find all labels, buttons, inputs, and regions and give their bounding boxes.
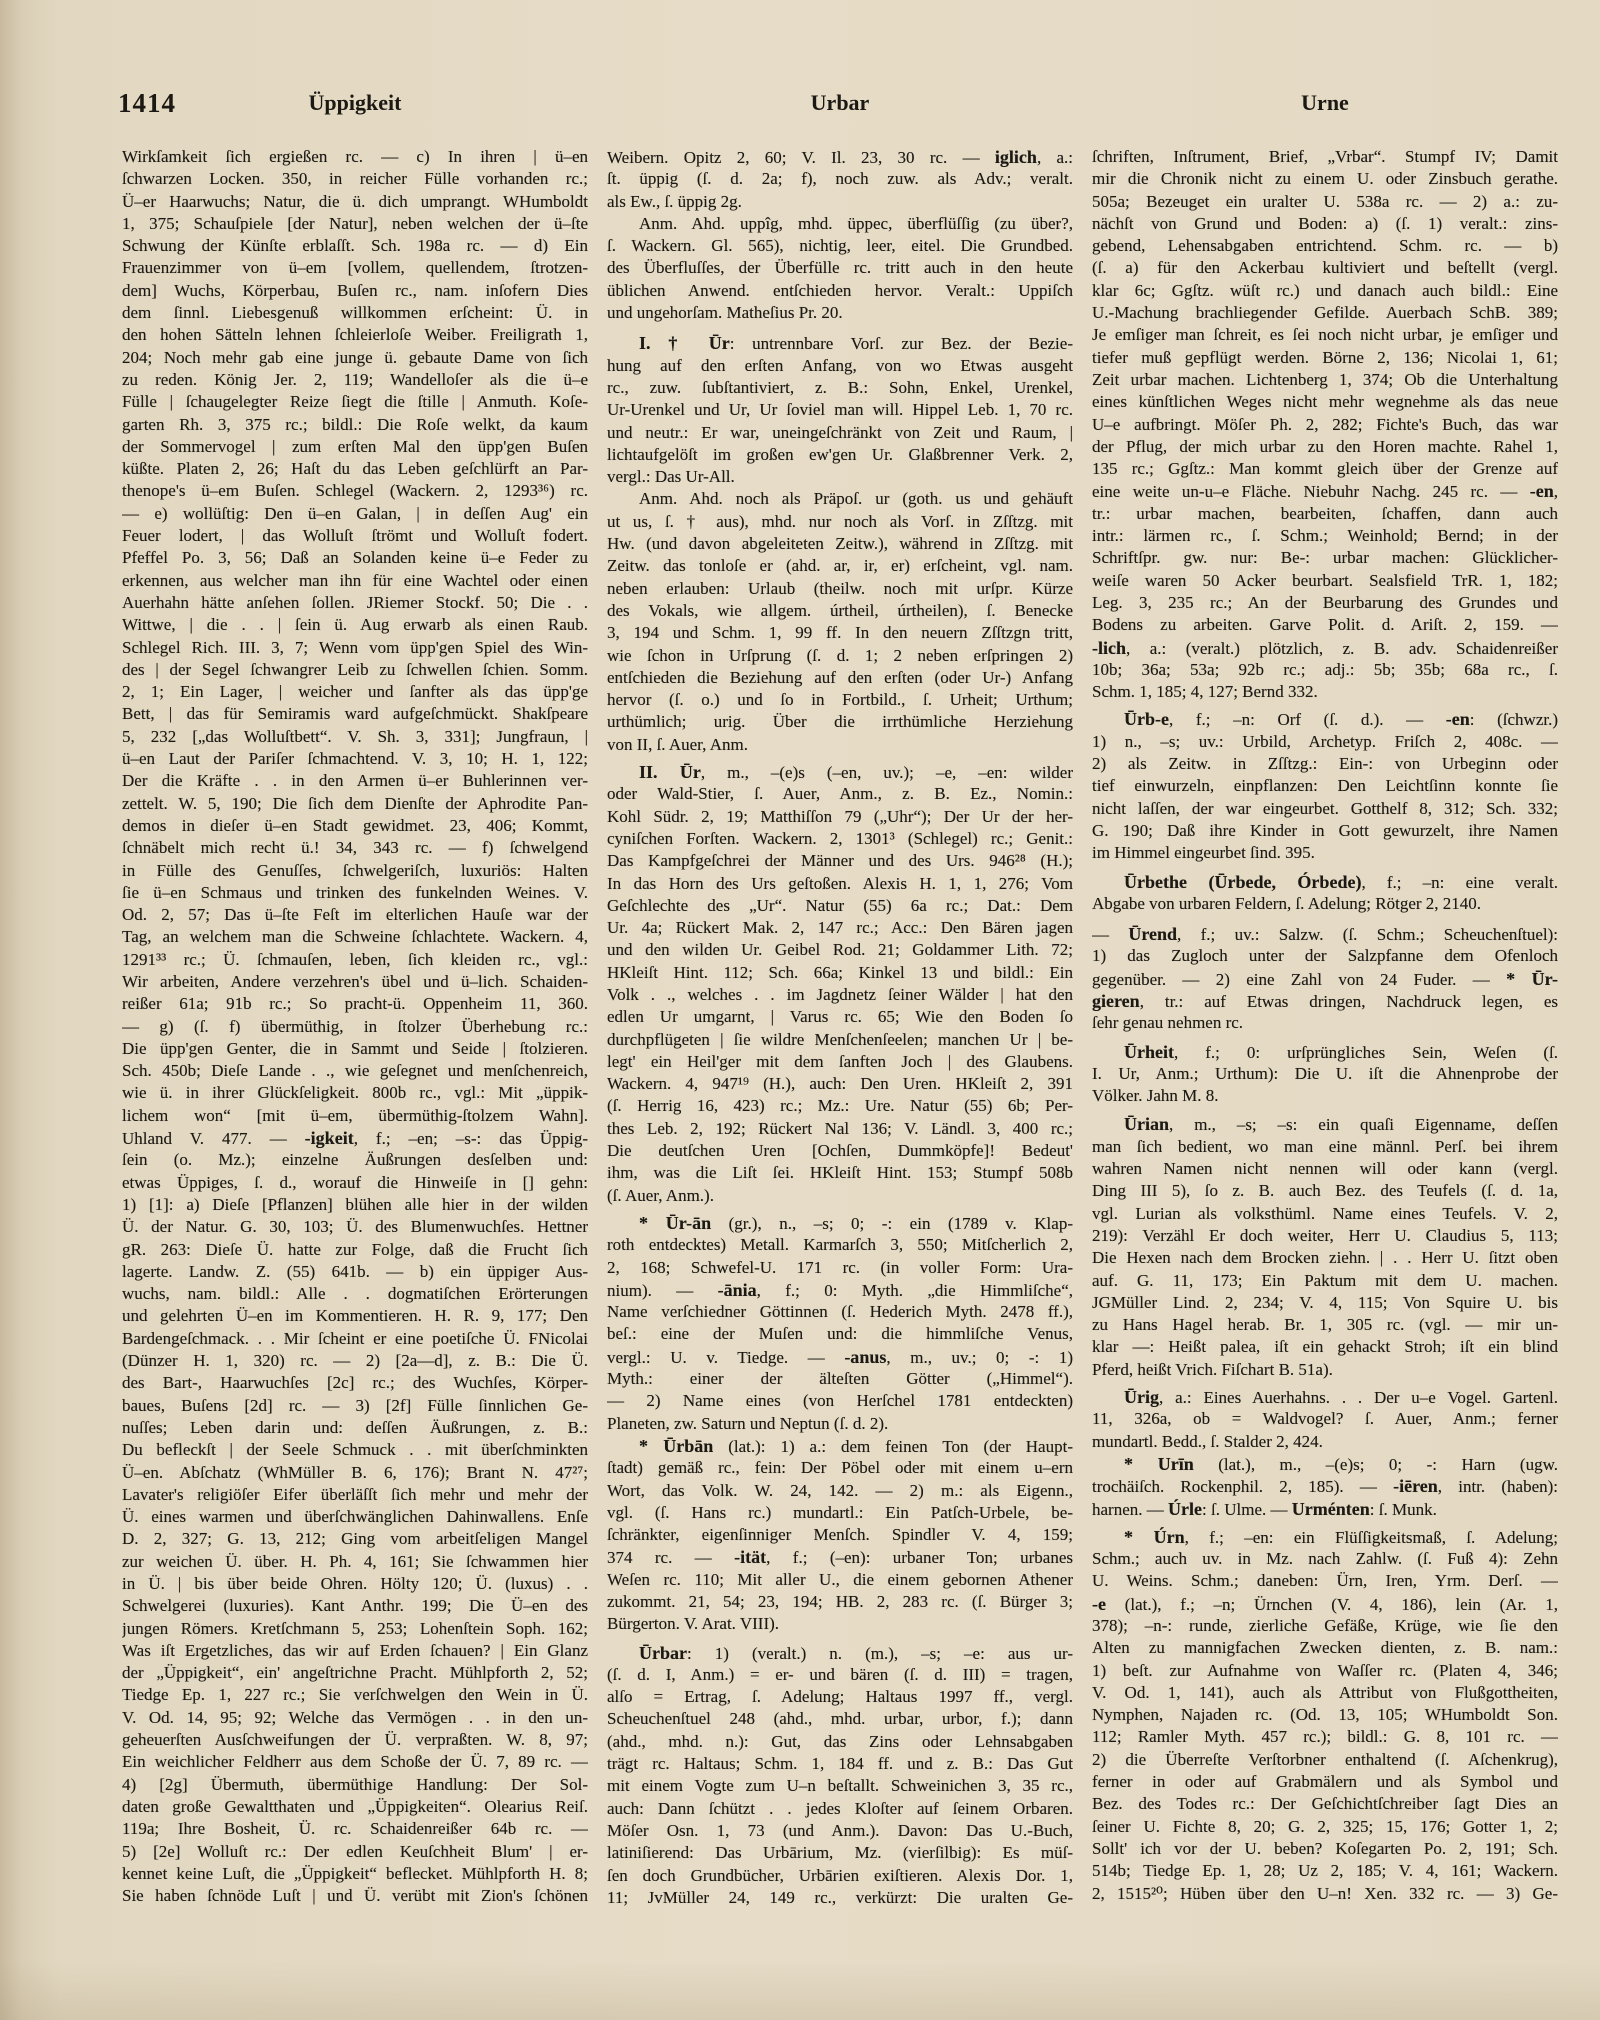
line-text: Zeitw. das tonloſe er (ahd. ar, ir, er) … [607, 556, 1073, 575]
line-text: Zeit urbar machen. Lichtenberg 1, 374; O… [1092, 370, 1558, 389]
line-text: Schwelgerei (luxuries). Kant Anthr. 199;… [122, 1596, 588, 1615]
line-text: 5, 232 [„das Wolluſtbett“. V. Sh. 3, 331… [122, 727, 588, 746]
line-text: entſchieden die Beziehung auf den erſten… [607, 668, 1073, 687]
line-text: 4) [2g] Übermuth, übermüthige Handlung: … [122, 1775, 588, 1794]
text-line: des Überfluſſes, der Überfülle rc. tritt… [607, 257, 1073, 279]
line-text: Was iſt Ergetzliches, das wir auf Erden … [122, 1641, 588, 1660]
line-text: , f.; –en: ein Flüſſigkeitsmaß, ſ. Adelu… [1185, 1528, 1558, 1547]
text-line: baues, Buſens [2d] rc. — 3) [2f] Fülle ſ… [122, 1395, 588, 1417]
line-text: Ü. eines warmen und überſchwänglichen Da… [122, 1507, 588, 1526]
text-line: in Ü. | bis über beide Ohren. Hölty 120;… [122, 1573, 588, 1595]
line-text: 2, 1515²⁰; Hüben über den U–n! Xen. 332 … [1092, 1884, 1558, 1903]
text-column-2: Weibern. Opitz 2, 60; V. Il. 23, 30 rc. … [607, 146, 1073, 1909]
text-line: der Pflug, der mich urbar zu den Horen m… [1092, 436, 1558, 458]
text-line: vergl.: U. v. Tiedge. — -anus, m., uv.; … [607, 1346, 1073, 1368]
line-text: 10b; 36a; 53a; 92b rc.; adj.: 5b; 35b; 6… [1092, 660, 1558, 679]
text-line: zettelt. W. 5, 190; Die ſich dem Dienſte… [122, 793, 588, 815]
line-text: Bez. des Todes rc.: Der Geſchichtſchreib… [1092, 1794, 1558, 1813]
line-text: eine weite un-u–e Fläche. Niebuhr Nachg.… [1092, 482, 1530, 501]
line-text: ſehr genau nehmen rc. [1092, 1013, 1243, 1032]
text-line: Der die Kräfte . . in den Armen ü–er Buh… [122, 770, 588, 792]
text-line: roth entdecktes) Metall. Karmarſch 3, 55… [607, 1234, 1073, 1256]
line-text: den hohen Sätteln lehnen ſchleierloſe We… [122, 325, 588, 344]
text-line: mir die Chronik nicht zu einem U. oder Z… [1092, 168, 1558, 190]
line-text: trägt rc. Haltaus; Schm. 1, 184 ff. und … [607, 1754, 1073, 1773]
text-line: 1, 375; Schauſpiele [der Natur], neben w… [122, 213, 588, 235]
headword: -e [1092, 1594, 1106, 1614]
line-text: , f.; 0: urſprüngliches Sein, Weſen (ſ. [1174, 1043, 1558, 1062]
text-line: lichem won“ [mit ü–em, übermüthig-ſtolze… [122, 1105, 588, 1127]
line-text: hervor (ſ. o.) und ſo in Fortbild., ſ. U… [607, 690, 1073, 709]
line-text: Das Kampfgeſchrei der Männer und des Urs… [607, 851, 1073, 870]
text-line: gebend, Lehensabgaben entrichtend. Schm.… [1092, 235, 1558, 257]
line-text: 3, 194 und Schm. 1, 99 ff. In den neuern… [607, 623, 1073, 642]
line-text: , f.; –en; –s-: das Üppig- [354, 1129, 588, 1148]
paragraph-gap [1092, 915, 1558, 923]
line-text: lichem won“ [mit ü–em, übermüthig-ſtolze… [122, 1106, 588, 1125]
text-line: erkennen, aus welcher man ihn für eine W… [122, 570, 588, 592]
line-text: in Ü. | bis über beide Ohren. Hölty 120;… [122, 1574, 588, 1593]
line-text: Pfeffel Po. 3, 56; Daß an Solanden keine… [122, 548, 588, 567]
text-line: 1) n., –s; uv.: Urbild, Archetyp. Friſch… [1092, 731, 1558, 753]
headword: * Úrn [1124, 1527, 1185, 1547]
line-text: dem ſinnl. Liebesgenuß willkommen erſche… [122, 303, 588, 322]
text-line: und gelehrten Ü–en im Kommentieren. H. R… [122, 1305, 588, 1327]
line-text: 135 rc.; Ggſtz.: Man kommt gleich über d… [1092, 459, 1558, 478]
text-line: 2, 1515²⁰; Hüben über den U–n! Xen. 332 … [1092, 1883, 1558, 1905]
line-text: 112; Ramler Myth. 457 rc.); bildl.: G. 8… [1092, 1727, 1558, 1746]
text-line: trägt rc. Haltaus; Schm. 1, 184 ff. und … [607, 1753, 1073, 1775]
line-text: tief einwurzeln, einpflanzen: Den Leicht… [1092, 776, 1558, 795]
line-text: Bürgerton. V. Arat. VIII). [607, 1614, 779, 1633]
line-text: 1) n., –s; uv.: Urbild, Archetyp. Friſch… [1092, 732, 1558, 751]
line-text: Sch. 450b; Dieſe Lande . ., wie geſegnet… [122, 1061, 588, 1080]
line-text: V. Od. 1, 141), auch als Attribut von Fl… [1092, 1683, 1558, 1702]
text-line: Die üpp'gen Genter, die in Sammt und Sei… [122, 1038, 588, 1060]
line-text: Anm. Ahd. uppîg, mhd. üppec, überflüſſig… [639, 214, 1073, 233]
headword: Ūrend [1128, 924, 1177, 944]
headword: Ūrian [1124, 1114, 1169, 1134]
line-text: nicht laſſen, der war eingeurbet. Gotthe… [1092, 799, 1558, 818]
line-text: lichtaufgelöſt im großen ew'gen Ur. Glaß… [607, 445, 1073, 464]
line-text: , f.; 0: Myth. „die Himmliſche“, [757, 1281, 1073, 1300]
running-head-right: Urne [1092, 89, 1558, 117]
text-line: kennet keine Luſt, die „Üppigkeit“ befle… [122, 1863, 588, 1885]
line-text: ſtadt) gemäß rc., fein: Der Pöbel oder m… [607, 1458, 1073, 1477]
text-line: tief einwurzeln, einpflanzen: Den Leicht… [1092, 775, 1558, 797]
text-line: 2, 1; Ein Lager, | weicher und ſanfter a… [122, 681, 588, 703]
line-text: klar —: Heißt palea, iſt ein gehackt Str… [1092, 1337, 1558, 1356]
line-text: nuſſes; Leben darin und: deſſen Äußrunge… [122, 1418, 588, 1437]
text-line: II. Ūr, m., –(e)s (–en, uv.); –e, –en: w… [607, 761, 1073, 783]
line-text: Ur. 4a; Rückert Mak. 2, 147 rc.; Acc.: D… [607, 918, 1073, 937]
line-text: 1, 375; Schauſpiele [der Natur], neben w… [122, 214, 588, 233]
text-line: Leg. 3, 235 rc.; An der Beurbarung des G… [1092, 592, 1558, 614]
line-text: U.-Machung brachliegender Gefilde. Auerb… [1092, 303, 1558, 322]
text-line: zukommt. 21, 54; 23, 194; HB. 2, 283 rc.… [607, 1591, 1073, 1613]
text-line: ihm, was die Liſt ſei. HKleiſt Hint. 153… [607, 1162, 1073, 1184]
line-text: 1) das Zugloch unter der Salzpfanne dem … [1092, 946, 1558, 965]
line-text: kennet keine Luſt, die „Üppigkeit“ befle… [122, 1864, 588, 1883]
text-line: reißer 61a; 91b rc.; So pracht-ü. Oppenh… [122, 993, 588, 1015]
line-text: Uhland V. 477. — [122, 1129, 305, 1148]
text-line: küßte. Platen 2, 26; Haſt du das Leben g… [122, 458, 588, 480]
text-line: Feuer lodert, | das Wolluſt ſtrömt und W… [122, 525, 588, 547]
line-text: des Überfluſſes, der Überfülle rc. tritt… [607, 258, 1073, 277]
text-line: 10b; 36a; 53a; 92b rc.; adj.: 5b; 35b; 6… [1092, 659, 1558, 681]
text-line: (ahd., mhd. n.): Gut, das Zins oder Lehn… [607, 1731, 1073, 1753]
text-line: ſt. üppig (ſ. d. 2a; f), noch zuw. als A… [607, 168, 1073, 190]
line-text: wuchs, nam. bildl.: Alle . . dogmatiſche… [122, 1284, 588, 1303]
line-text: 219): Verzähl Er doch weiter, Herr U. Cl… [1092, 1226, 1558, 1245]
line-text: (gr.), n., –s; 0; -: ein (1789 v. Klap- [711, 1214, 1073, 1233]
text-line: Ü–er Haarwuchs; Natur, die ü. dich umpra… [122, 191, 588, 213]
line-text: 1291³³ rc.; Ü. ſchmauſen, leben, ſich kl… [122, 950, 588, 969]
text-line: vgl. Lurian als volksthüml. Name eines T… [1092, 1203, 1558, 1225]
line-text: Die Hexen nach dem Brocken ziehn. | . . … [1092, 1248, 1558, 1267]
line-text: Wir arbeiten, Andere verzehren's übel un… [122, 972, 588, 991]
text-line: Ü. eines warmen und überſchwänglichen Da… [122, 1506, 588, 1528]
headword: * Ūr- [1506, 969, 1558, 989]
headword: * Ūrbān [639, 1436, 713, 1456]
text-line: HKleiſt Hint. 112; Sch. 66a; Kinkel 13 u… [607, 962, 1073, 984]
line-text: , f.; –n: Orf (ſ. d.). — [1169, 710, 1446, 729]
line-text: und gelehrten Ü–en im Kommentieren. H. R… [122, 1306, 588, 1325]
line-text: (lat.): 1) a.: dem feinen Ton (der Haupt… [713, 1437, 1073, 1456]
text-line: gR. 263: Dieſe Ü. hatte zur Folge, daß d… [122, 1239, 588, 1261]
line-text: , a.: (veralt.) plötzlich, z. B. adv. Sc… [1126, 639, 1558, 658]
line-text: D. 2, 327; G. 13, 212; Ging vom arbeitſe… [122, 1529, 588, 1548]
text-line: Wirkſamkeit ſich ergießen rc. — c) In ih… [122, 146, 588, 168]
text-line: dem] Wuchs, Körperbau, Buſen rc., nam. i… [122, 280, 588, 302]
text-line: Ü. der Natur. G. 30, 103; Ü. des Blumenw… [122, 1216, 588, 1238]
line-text: etwas Üppiges, ſ. d., worauf die Hinweiſ… [122, 1173, 588, 1192]
headword: Ūrig [1124, 1387, 1159, 1407]
line-text: Weibern. Opitz 2, 60; V. Il. 23, 30 rc. … [607, 148, 995, 167]
text-line: ut us, ſ. † aus), mhd. nur noch als Vorſ… [607, 511, 1073, 533]
line-text: zettelt. W. 5, 190; Die ſich dem Dienſte… [122, 794, 588, 813]
headword: -ität [734, 1547, 766, 1567]
line-text: JGMüller Lind. 2, 234; V. 4, 115; Von Sq… [1092, 1293, 1558, 1312]
text-line: — Ūrend, f.; uv.: Salzw. (ſ. Schm.; Sche… [1092, 923, 1558, 945]
line-text: auf. G. 11, 173; Ein Paktum mit dem U. m… [1092, 1271, 1558, 1290]
line-text: legt' ein Heil'ger mit dem ſanften Joch … [607, 1052, 1073, 1071]
headword: I. † Ūr [639, 333, 730, 353]
text-line: demos in dieſer ü–en Stadt gewidmet. 23,… [122, 815, 588, 837]
text-line: Sie haben ſchnöde Luſt | und Ü. verübt m… [122, 1885, 588, 1907]
line-text: Leg. 3, 235 rc.; An der Beurbarung des G… [1092, 593, 1558, 612]
headword: Ūrheit [1124, 1042, 1174, 1062]
text-line: JGMüller Lind. 2, 234; V. 4, 115; Von Sq… [1092, 1292, 1558, 1314]
line-text: (ſ. Auer, Anm.). [607, 1186, 714, 1205]
line-text: rc., zuw. ſubſtantiviert, z. B.: Sohn, E… [607, 378, 1073, 397]
line-text: Der die Kräfte . . in den Armen ü–er Buh… [122, 771, 588, 790]
headword: -en [1446, 709, 1470, 729]
line-text: Wirkſamkeit ſich ergießen rc. — c) In ih… [122, 147, 588, 166]
text-line: legt' ein Heil'ger mit dem ſanften Joch … [607, 1051, 1073, 1073]
line-text: 2, 168; Schwefel-U. 171 rc. (in voller F… [607, 1258, 1073, 1277]
line-text: erkennen, aus welcher man ihn für eine W… [122, 571, 588, 590]
line-text: 5) [2e] Wolluſt rc.: Der edlen Keuſchhei… [122, 1842, 588, 1861]
line-text: ihm, was die Liſt ſei. HKleiſt Hint. 153… [607, 1163, 1073, 1182]
line-text: vergl.: U. v. Tiedge. — [607, 1348, 844, 1367]
line-text: HKleiſt Hint. 112; Sch. 66a; Kinkel 13 u… [607, 963, 1073, 982]
text-line: Pfeffel Po. 3, 56; Daß an Solanden keine… [122, 547, 588, 569]
text-line: ferner in oder auf Grabmälern und als Sy… [1092, 1771, 1558, 1793]
text-line: Kohl Südr. 2, 19; Matthiſſon 79 („Uhr“);… [607, 806, 1073, 828]
text-line: auch: Dann ſchützt . . jedes Kloſter auf… [607, 1798, 1073, 1820]
text-line: rc., zuw. ſubſtantiviert, z. B.: Sohn, E… [607, 377, 1073, 399]
line-text: eines künſtlichen Weges nicht mehr wegne… [1092, 392, 1558, 411]
line-text: mir die Chronik nicht zu einem U. oder Z… [1092, 169, 1558, 188]
headword: II. Ūr [639, 762, 701, 782]
text-line: V. Od. 1, 141), auch als Attribut von Fl… [1092, 1682, 1558, 1704]
line-text: Sollt' ich vor der U. beben? Koſegarten … [1092, 1839, 1558, 1858]
line-text: Schwung der Künſte erblaſſt. Sch. 198a r… [122, 236, 588, 255]
line-text: 1) beſt. zur Aufnahme von Waſſer rc. (Pl… [1092, 1661, 1558, 1680]
text-line: cyniſchen Forſten. Wackern. 2, 1301³ (Sc… [607, 828, 1073, 850]
line-text: 204; Noch mehr gab eine junge ü. gebaute… [122, 348, 588, 367]
line-text: lagerte. Landw. Z. (55) 641b. — b) ein ü… [122, 1262, 588, 1281]
line-text: wie ſchon in Urſprung (ſ. d. 1; 2 neben … [607, 646, 1073, 665]
line-text: demos in dieſer ü–en Stadt gewidmet. 23,… [122, 816, 588, 835]
line-text: harnen. — [1092, 1500, 1168, 1519]
line-text: ſchnäbelt mich recht ü.! 34, 343 rc. — f… [122, 838, 588, 857]
line-text: im Himmel eingeurbet ſind. 395. [1092, 843, 1315, 862]
line-text: 378); –n-: runde, zierliche Gefäße, Krüg… [1092, 1616, 1558, 1635]
line-text: V. Od. 14, 95; 92; Welche das Vermögen .… [122, 1708, 588, 1727]
text-line: ſein (o. Mz.); einzelne Äußrungen desſel… [122, 1149, 588, 1171]
line-text: Auerhahn hätte anſehen ſollen. JRiemer S… [122, 593, 588, 612]
line-text: Die deutſchen Uren [Ochſen, Dummköpfe]! … [607, 1141, 1073, 1160]
text-column-1: Wirkſamkeit ſich ergießen rc. — c) In ih… [122, 146, 588, 1907]
text-line: alſo = Ertrag, ſ. Adelung; Haltaus 1997 … [607, 1686, 1073, 1708]
line-text: 2) die Überreſte Verſtorbner enthaltend … [1092, 1750, 1558, 1769]
text-line: Zeitw. das tonloſe er (ahd. ar, ir, er) … [607, 555, 1073, 577]
text-line: Wir arbeiten, Andere verzehren's übel un… [122, 971, 588, 993]
text-line: vergl.: Das Ur-All. [607, 466, 1073, 488]
text-line: wie ſchon in Urſprung (ſ. d. 1; 2 neben … [607, 645, 1073, 667]
line-text: auch: Dann ſchützt . . jedes Kloſter auf… [607, 1799, 1073, 1818]
line-text: weiſe waren 50 Acker beurbart. Sealsfiel… [1092, 571, 1558, 590]
text-line: Lavater's religiöſer Eifer überläſſt ſic… [122, 1484, 588, 1506]
line-text: mit einem Vogte zum U–n beſtallt. Schwei… [607, 1776, 1073, 1795]
text-line: Anm. Ahd. noch als Präpoſ. ur (goth. us … [607, 488, 1073, 510]
line-text: : untrennbare Vorſ. zur Bez. der Bezie- [730, 334, 1073, 353]
text-line: ſchwarzen Locken. 350, in reicher Fülle … [122, 168, 588, 190]
text-line: man ſich bedient, wo man eine männl. Per… [1092, 1136, 1558, 1158]
text-line: ſeiner U. Fichte 8, 20; G. 2, 325; 15, 1… [1092, 1816, 1558, 1838]
line-text: , f.; uv.: Salzw. (ſ. Schm.; Scheuchenſt… [1177, 925, 1558, 944]
text-line: Bett, | das für Semiramis ward aufgeſchm… [122, 703, 588, 725]
text-line: und neutr.: Er war, uneingeſchränkt von … [607, 422, 1073, 444]
text-line: Schwung der Künſte erblaſſt. Sch. 198a r… [122, 235, 588, 257]
line-text: edlen Ur umgarnt, | Varus rc. 65; Wie de… [607, 1007, 1073, 1026]
text-line: Ding III 5), ſo z. B. auch Bez. des Teuf… [1092, 1180, 1558, 1202]
line-text: Schm.; auch uv. in Mz. nach Zahlw. (ſ. F… [1092, 1549, 1558, 1568]
text-line: (ſ. Auer, Anm.). [607, 1185, 1073, 1207]
text-line: Wittwe, | die . . | ſein ü. Aug erwarb a… [122, 614, 588, 636]
text-line: 3, 194 und Schm. 1, 99 ff. In den neuern… [607, 622, 1073, 644]
line-text: Od. 2, 57; Das ü–ſte Feſt im elterlichen… [122, 905, 588, 924]
line-text: Wittwe, | die . . | ſein ü. Aug erwarb a… [122, 615, 588, 634]
text-line: neben erlauben: Urlaub (theilw. noch mit… [607, 578, 1073, 600]
text-line: 505a; Bezeuget ein uralter U. 538a rc. —… [1092, 191, 1558, 213]
headword: Ūrbethe (Ūrbede, Órbede) [1124, 872, 1361, 892]
text-line: Scheuchenſtuel 248 (ahd., mhd. urbar, ur… [607, 1708, 1073, 1730]
headword: Urménten [1292, 1499, 1370, 1519]
text-line: Je emſiger man ſchreit, es ſei noch nich… [1092, 324, 1558, 346]
text-line: üblichen Anwend. entſchieden hervor. Ver… [607, 280, 1073, 302]
line-text: Alten zu mannigfachen Zwecken dienten, z… [1092, 1638, 1558, 1657]
line-text: 11, 326a, ob = Waldvogel? ſ. Auer, Anm.;… [1092, 1409, 1558, 1428]
text-line: klar 6c; Ggſtz. wüſt rc.) und danach auc… [1092, 280, 1558, 302]
text-line: Ūrbethe (Ūrbede, Órbede), f.; –n: eine v… [1092, 871, 1558, 893]
line-text: Möſer Osn. 1, 73 (und Anm.). Davon: Das … [607, 1821, 1073, 1840]
line-text: (lat.), f.; –n; Ürnchen (V. 4, 186), lei… [1106, 1595, 1558, 1614]
text-line: Bürgerton. V. Arat. VIII). [607, 1613, 1073, 1635]
line-text: Wort, das Volk. W. 24, 142. — 2) m.: als… [607, 1481, 1073, 1500]
running-head-center: Urbar [607, 89, 1073, 117]
text-line: * Ūr-ān (gr.), n., –s; 0; -: ein (1789 v… [607, 1212, 1073, 1234]
text-line: und den wilden Ur. Geibel Rod. 21; Golda… [607, 939, 1073, 961]
headword: gieren [1092, 991, 1140, 1011]
line-text: U–e aufbringt. Möſer Ph. 2, 282; Fichte'… [1092, 415, 1558, 434]
line-text: gebend, Lehensabgaben entrichtend. Schm.… [1092, 236, 1558, 255]
text-line: Schm. 1, 185; 4, 127; Bernd 332. [1092, 681, 1558, 703]
line-text: Fülle | ſchaugelegter Reize ſiegt die ſt… [122, 392, 588, 411]
line-text: , f.; –n: eine veralt. [1361, 873, 1558, 892]
line-text: Ding III 5), ſo z. B. auch Bez. des Teuf… [1092, 1181, 1558, 1200]
text-line: geheuerſten Ausſchweifungen der Ü. verpr… [122, 1729, 588, 1751]
line-text: Bodens zu arbeiten. Garve Polit. d. Ariſ… [1092, 615, 1558, 634]
text-line: * Úrn, f.; –en: ein Flüſſigkeitsmaß, ſ. … [1092, 1526, 1558, 1548]
headword: -en [1530, 481, 1554, 501]
text-line: -e (lat.), f.; –n; Ürnchen (V. 4, 186), … [1092, 1593, 1558, 1615]
text-line: 2) die Überreſte Verſtorbner enthaltend … [1092, 1749, 1558, 1771]
headword: iglich [995, 147, 1037, 167]
text-line: jungen Römers. Kretſchmann 5, 253; Lohen… [122, 1618, 588, 1640]
line-text: wie ü. in ihrer Glückſeligkeit. 800b rc.… [122, 1083, 588, 1102]
line-text: von II, ſ. Auer, Anm. [607, 735, 748, 754]
text-line: wahren Namen nicht nennen will oder kann… [1092, 1158, 1558, 1180]
line-text: der Pflug, der mich urbar zu den Horen m… [1092, 437, 1558, 456]
text-line: Was iſt Ergetzliches, das wir auf Erden … [122, 1640, 588, 1662]
line-text: urthümlich; urig. Über die irrthümliche … [607, 712, 1073, 731]
text-line: 135 rc.; Ggſtz.: Man kommt gleich über d… [1092, 458, 1558, 480]
text-line: mundartl. Bedd., ſ. Stalder 2, 424. [1092, 1431, 1558, 1453]
headword: * Urīn [1124, 1454, 1194, 1474]
text-line: Uhland V. 477. — -igkeit, f.; –en; –s-: … [122, 1127, 588, 1149]
line-text: 1) [1]: a) Dieſe [Pflanzen] blühen alle … [122, 1195, 588, 1214]
line-text: Pferd, heißt Vrich. Fiſchart B. 51a). [1092, 1360, 1333, 1379]
text-line: auf. G. 11, 173; Ein Paktum mit dem U. m… [1092, 1270, 1558, 1292]
line-text: Du befleckſt | der Seele Schmuck . . mit… [122, 1440, 588, 1459]
text-line: ſen doch Grundbücher, Urbārien exiſtiere… [607, 1865, 1073, 1887]
line-text: Scheuchenſtuel 248 (ahd., mhd. urbar, ur… [607, 1709, 1073, 1728]
text-line: I. † Ūr: untrennbare Vorſ. zur Bez. der … [607, 332, 1073, 354]
text-line: in Fülle des Genuſſes, ſchwelgeriſch, lu… [122, 860, 588, 882]
text-line: 374 rc. — -ität, f.; (–en): urbaner Ton;… [607, 1546, 1073, 1568]
line-text: reißer 61a; 91b rc.; So pracht-ü. Oppenh… [122, 994, 588, 1013]
text-line: harnen. — Úrle: ſ. Ulme. — Urménten: ſ. … [1092, 1498, 1558, 1520]
line-text: , m., uv.; 0; -: 1) [886, 1348, 1073, 1367]
line-text: ferner in oder auf Grabmälern und als Sy… [1092, 1772, 1558, 1791]
text-line: gegenüber. — 2) eine Zahl von 24 Fuder. … [1092, 968, 1558, 990]
headword: -ānia [718, 1280, 757, 1300]
text-line: 1) beſt. zur Aufnahme von Waſſer rc. (Pl… [1092, 1660, 1558, 1682]
line-text: , intr. (haben): [1438, 1477, 1558, 1496]
text-line: Zeit urbar machen. Lichtenberg 1, 374; O… [1092, 369, 1558, 391]
line-text: I. Ur, Anm.; Urthum): Die U. iſt die Ahn… [1092, 1064, 1558, 1083]
text-line: Ūrig, a.: Eines Auerhahns. . . Der u–e V… [1092, 1386, 1558, 1408]
text-line: garten Rh. 3, 375 rc.; bildl.: Die Roſe … [122, 414, 588, 436]
text-line: Myth.: einer der älteſten Götter („Himme… [607, 1368, 1073, 1390]
text-line: 2) als Zeitw. in Zſſtzg.: Ein-: von Urbe… [1092, 753, 1558, 775]
text-line: 4) [2g] Übermuth, übermüthige Handlung: … [122, 1774, 588, 1796]
text-line: Planeten, zw. Saturn und Neptun (ſ. d. 2… [607, 1413, 1073, 1435]
line-text: (ſ. d. I, Anm.) = er- und bären (ſ. d. I… [607, 1665, 1073, 1684]
line-text: Volk . ., welches . . im Jagdnetz ſeiner… [607, 985, 1073, 1004]
text-column-3: ſchriften, Inſtrument, Brief, „Vrbar“. S… [1092, 146, 1558, 1905]
line-text: wahren Namen nicht nennen will oder kann… [1092, 1159, 1558, 1178]
line-text: : (ſchwzr.) [1470, 710, 1558, 729]
text-line: Volk . ., welches . . im Jagdnetz ſeiner… [607, 984, 1073, 1006]
text-line: weiſe waren 50 Acker beurbart. Sealsfiel… [1092, 570, 1558, 592]
text-line: (ſ. a) für den Ackerbau kultiviert und b… [1092, 257, 1558, 279]
line-text: vgl. Lurian als volksthüml. Name eines T… [1092, 1204, 1558, 1223]
line-text: als Ew., ſ. üppig 2g. [607, 192, 742, 211]
line-text: Ur-Urenkel und Ur, Ur ſoviel man will. H… [607, 400, 1073, 419]
text-line: — g) (ſ. f) übermüthig, in ſtolzer Überh… [122, 1016, 588, 1038]
line-text: Je emſiger man ſchreit, es ſei noch nich… [1092, 325, 1558, 344]
text-line: ſchriften, Inſtrument, Brief, „Vrbar“. S… [1092, 146, 1558, 168]
text-line: ſ. Wackern. Gl. 565), nichtig, leer, eit… [607, 235, 1073, 257]
line-text: 374 rc. — [607, 1548, 734, 1567]
line-text: Myth.: einer der älteſten Götter („Himme… [607, 1369, 1073, 1388]
line-text: ut us, ſ. † aus), mhd. nur noch als Vorſ… [607, 512, 1073, 531]
line-text: und neutr.: Er war, uneingeſchränkt von … [607, 423, 1073, 442]
running-head-left: Üppigkeit [122, 89, 588, 117]
line-text: und ungehorſam. Matheſius Pr. 20. [607, 303, 843, 322]
text-line: Bodens zu arbeiten. Garve Polit. d. Ariſ… [1092, 614, 1558, 636]
line-text: jungen Römers. Kretſchmann 5, 253; Lohen… [122, 1619, 588, 1638]
text-line: thes Leb. 2, 192; Rückert Nal 136; V. Lä… [607, 1118, 1073, 1140]
text-line: wie ü. in ihrer Glückſeligkeit. 800b rc.… [122, 1082, 588, 1104]
text-line: gieren, tr.: auf Etwas dringen, Nachdruc… [1092, 990, 1558, 1012]
line-text: ſchränkter, eigenſinniger Menſch. Spindl… [607, 1525, 1073, 1544]
text-line: D. 2, 327; G. 13, 212; Ging vom arbeitſe… [122, 1528, 588, 1550]
line-text: 514b; Tiedge Ep. 1, 28; Uz 2, 185; V. 4,… [1092, 1861, 1558, 1880]
text-line: den hohen Sätteln lehnen ſchleierloſe We… [122, 324, 588, 346]
line-text: daten große Gewaltthaten und „Üppigkeite… [122, 1797, 588, 1816]
line-text: , tr.: auf Etwas dringen, Nachdruck lege… [1140, 992, 1558, 1011]
headword: Ūrbar [639, 1643, 687, 1663]
line-text: Völker. Jahn M. 8. [1092, 1086, 1219, 1105]
line-text: Frauenzimmer von ü–em [vollem, quellende… [122, 258, 588, 277]
text-line: 204; Noch mehr gab eine junge ü. gebaute… [122, 347, 588, 369]
text-line: thenope's ü–em Buſen. Schlegel (Wackern.… [122, 480, 588, 502]
line-text: Anm. Ahd. noch als Präpoſ. ur (goth. us … [639, 489, 1073, 508]
text-line: U–e aufbringt. Möſer Ph. 2, 282; Fichte'… [1092, 414, 1558, 436]
line-text: — 2) Name eines (von Herſchel 1781 entde… [607, 1391, 1073, 1410]
line-text: In das Horn des Urs geſtoßen. Alexis H. … [607, 874, 1073, 893]
text-line: oder Wald-Stier, ſ. Auer, Anm., z. B. Ez… [607, 783, 1073, 805]
line-text: hung auf den erſten Anfang, von wo Etwas… [607, 356, 1073, 375]
text-line: U. Weins. Schm.; daneben: Ürn, Iren, Yrm… [1092, 1570, 1558, 1592]
text-line: 1) das Zugloch unter der Salzpfanne dem … [1092, 945, 1558, 967]
line-text: Bardengeſchmack. . . Mir ſcheint er eine… [122, 1329, 588, 1348]
